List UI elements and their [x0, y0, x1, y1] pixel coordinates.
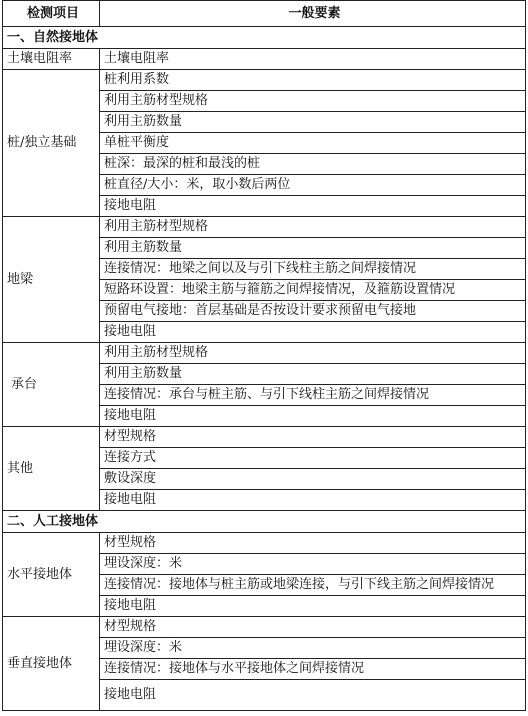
category-other: 其他	[3, 427, 100, 511]
element-cell: 利用主筋数量	[100, 238, 526, 259]
table-row: 承台 利用主筋材型规格	[3, 343, 526, 364]
element-cell: 接地电阻	[100, 322, 526, 343]
element-cell: 埋设深度：米	[100, 638, 526, 659]
element-cell: 接地电阻	[100, 406, 526, 427]
table-row: 土壤电阻率 土壤电阻率	[3, 49, 526, 70]
element-cell: 连接情况：接地体与桩主筋或地梁连接，与引下线主筋之间焊接情况	[100, 575, 526, 596]
element-cell: 利用主筋材型规格	[100, 343, 526, 364]
table-row: 桩/独立基础 桩利用系数	[3, 70, 526, 91]
category-horizontal-grounding: 水平接地体	[3, 533, 100, 617]
element-cell: 接地电阻	[100, 196, 526, 217]
category-vertical-grounding: 垂直接地体	[3, 617, 100, 711]
element-cell: 桩深：最深的桩和最浅的桩	[100, 154, 526, 175]
table-header-row: 检测项目 一般要素	[3, 1, 526, 27]
element-cell: 桩直径/大小：米，取小数后两位	[100, 175, 526, 196]
category-soil-resistivity: 土壤电阻率	[3, 49, 100, 70]
element-cell: 接地电阻	[100, 490, 526, 511]
element-cell: 桩利用系数	[100, 70, 526, 91]
category-ground-beam: 地梁	[3, 217, 100, 343]
category-pile-cap: 承台	[3, 343, 100, 427]
section-row: 一、自然接地体	[3, 27, 526, 49]
header-general-elements: 一般要素	[100, 1, 526, 27]
element-cell: 材型规格	[100, 617, 526, 638]
element-cell: 接地电阻	[100, 680, 526, 711]
element-cell: 利用主筋数量	[100, 112, 526, 133]
element-cell: 连接情况：承台与桩主筋、与引下线柱主筋之间焊接情况	[100, 385, 526, 406]
element-cell: 利用主筋材型规格	[100, 217, 526, 238]
category-pile-foundation: 桩/独立基础	[3, 70, 100, 217]
element-cell: 连接情况：接地体与水平接地体之间焊接情况	[100, 659, 526, 680]
element-cell: 敷设深度	[100, 469, 526, 490]
table-row: 地梁 利用主筋材型规格	[3, 217, 526, 238]
element-cell: 利用主筋材型规格	[100, 91, 526, 112]
element-cell: 连接方式	[100, 448, 526, 469]
element-cell: 埋设深度：米	[100, 554, 526, 575]
section-title-natural-grounding: 一、自然接地体	[3, 27, 526, 49]
element-cell: 接地电阻	[100, 596, 526, 617]
section-title-artificial-grounding: 二、人工接地体	[3, 511, 526, 533]
inspection-elements-table: 检测项目 一般要素 一、自然接地体 土壤电阻率 土壤电阻率 桩/独立基础 桩利用…	[2, 0, 526, 711]
element-cell: 材型规格	[100, 427, 526, 448]
element-cell: 土壤电阻率	[100, 49, 526, 70]
table-row: 其他 材型规格	[3, 427, 526, 448]
header-inspection-item: 检测项目	[3, 1, 100, 27]
table-row: 垂直接地体 材型规格	[3, 617, 526, 638]
element-cell: 单桩平衡度	[100, 133, 526, 154]
element-cell: 材型规格	[100, 533, 526, 554]
element-cell: 利用主筋数量	[100, 364, 526, 385]
element-cell: 预留电气接地：首层基础是否按设计要求预留电气接地	[100, 301, 526, 322]
element-cell: 短路环设置：地梁主筋与箍筋之间焊接情况，及箍筋设置情况	[100, 280, 526, 301]
element-cell: 连接情况：地梁之间以及与引下线柱主筋之间焊接情况	[100, 259, 526, 280]
section-row: 二、人工接地体	[3, 511, 526, 533]
table-row: 水平接地体 材型规格	[3, 533, 526, 554]
